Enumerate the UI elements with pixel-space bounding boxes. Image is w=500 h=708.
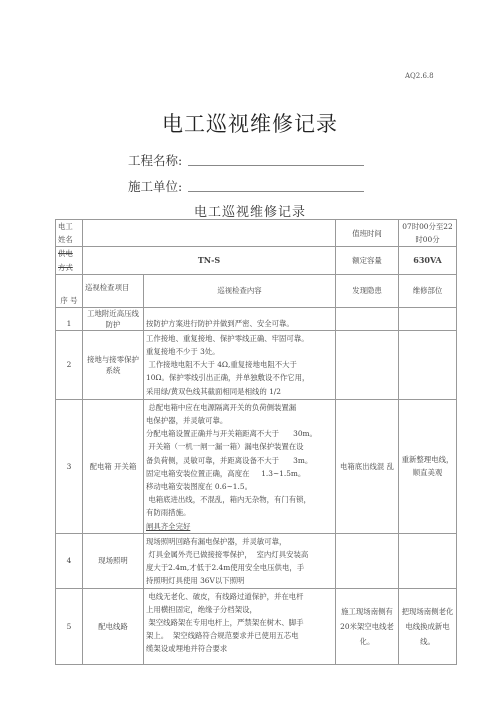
construction-unit-label: 施工单位: — [128, 179, 182, 194]
header-content: 巡视检查内容 — [144, 274, 336, 307]
content-line: 移动电箱安装图度在 0.6~1.5。 — [146, 480, 333, 493]
row-content: 现场照明回路有漏电保护器，并灵敏可靠， 灯具金属外壳已做接接零保护， 室内灯具安… — [144, 533, 336, 588]
content-line: 灯具金属外壳已做接接零保护， 室内灯具安装高 — [146, 548, 333, 561]
row-repair — [399, 330, 457, 399]
content-line: 度大于2.4m,才低于2.4m使用安全电压供电，手 — [146, 561, 333, 574]
row-item: 现场照明 — [83, 533, 144, 588]
power-supply-value: TN-S — [83, 247, 336, 274]
row-item: 配电线路 — [83, 588, 144, 664]
content-line: 固定电箱安装位置正确，高度在 1.3~1.5m。 — [146, 467, 333, 480]
row-seq: 3 — [56, 399, 83, 533]
content-line: 电保护器，并灵敏可靠。 — [146, 414, 333, 427]
project-name-input[interactable] — [188, 165, 364, 166]
table-title: 电工巡视维修记录 — [0, 201, 500, 220]
shift-time-value: 07时00分至22时00分 — [399, 220, 457, 247]
content-line: 缆架设或埋地并符合要求 — [146, 642, 333, 655]
header-hazard: 发现隐患 — [336, 274, 399, 307]
content-line: 工作接地电阻不大于 4Ω,重复接地电阻不大于 — [146, 358, 333, 371]
row-content: 总配电箱中应在电源隔离开关的负荷侧装置漏 电保护器，并灵敏可靠。 分配电箱设置正… — [144, 399, 336, 533]
content-line: 总配电箱中应在电源隔离开关的负荷侧装置漏 — [146, 401, 333, 414]
row-hazard — [336, 330, 399, 399]
row-seq: 2 — [56, 330, 83, 399]
content-line: 电箱底进出线，不混乱，箱内无杂物，有门有锁， — [146, 493, 333, 506]
content-line: 闸具齐全完好 — [146, 520, 333, 533]
content-line: 架上。 架空线路符合规范要求并已使用五芯电 — [146, 629, 333, 642]
table-row: 3 配电箱 开关箱 总配电箱中应在电源隔离开关的负荷侧装置漏 电保护器，并灵敏可… — [56, 399, 457, 533]
row-item: 配电箱 开关箱 — [83, 399, 144, 533]
info-row-power: 供电方式 TN-S 额定容量 630VA — [56, 247, 457, 274]
content-line: 分配电箱设置正确并与开关箱距离不大于 30m。 — [146, 427, 333, 440]
inspection-table: 电工姓名 值班时间 07时00分至22时00分 供电方式 TN-S 额定容量 6… — [55, 219, 457, 665]
rated-capacity-value: 630VA — [399, 247, 457, 274]
content-line: 持照明灯具使用 36V以下照明 — [146, 574, 333, 587]
construction-unit-field: 施工单位: — [128, 177, 182, 195]
table-row: 4 现场照明 现场照明回路有漏电保护器，并灵敏可靠， 灯具金属外壳已做接接零保护… — [56, 533, 457, 588]
construction-unit-input[interactable] — [188, 191, 364, 192]
table-row: 2 接地与接零保护系统 工作接地、重复接地、保护零线正确、牢固可靠。 重复接地不… — [56, 330, 457, 399]
table-row: 5 配电线路 电线无老化、破皮，有线路过道保护，并在电杆 上用横担固定，绝缘子分… — [56, 588, 457, 664]
electrician-value[interactable] — [83, 220, 336, 247]
content-line: 备负荷侧，灵敏可靠，并距离设备不大于 3m。 — [146, 454, 333, 467]
row-content: 工作接地、重复接地、保护零线正确、牢固可靠。 重复接地不少于 3处。 工作接地电… — [144, 330, 336, 399]
header-seq: 序 号 — [56, 274, 83, 307]
content-line: 上用横担固定，绝缘子分档架设， — [146, 603, 333, 616]
power-supply-label: 供电方式 — [56, 247, 83, 274]
row-hazard — [336, 307, 399, 330]
row-repair — [399, 307, 457, 330]
row-seq: 1 — [56, 307, 83, 330]
row-repair: 把现场南侧老化电线换成新电线。 — [399, 588, 457, 664]
document-code: AQ2.6.8 — [405, 72, 434, 80]
project-name-field: 工程名称: — [128, 151, 182, 169]
info-row-electrician: 电工姓名 值班时间 07时00分至22时00分 — [56, 220, 457, 247]
row-content: 电线无老化、破皮，有线路过道保护，并在电杆 上用横担固定，绝缘子分档架设， 架空… — [144, 588, 336, 664]
header-row: 序 号 巡视检查项目 巡视检查内容 发现隐患 维修部位 — [56, 274, 457, 307]
row-seq: 4 — [56, 533, 83, 588]
content-line: 按防护方案进行防护并做到严密、安全可靠。 — [146, 317, 333, 330]
row-hazard: 施工现场南侧有20米架空电线老化。 — [336, 588, 399, 664]
project-name-label: 工程名称: — [128, 153, 182, 168]
content-line: 工作接地、重复接地、保护零线正确、牢固可靠。 — [146, 332, 333, 345]
content-line: 有防雨措施。 — [146, 506, 333, 519]
row-repair — [399, 533, 457, 588]
content-line: 采用绿/黄双色线其截面相同是相线的 1/2 — [146, 385, 333, 398]
header-repair: 维修部位 — [399, 274, 457, 307]
rated-capacity-label: 额定容量 — [336, 247, 399, 274]
row-repair: 重新整理电线，顺直美观 — [399, 399, 457, 533]
header-item: 巡视检查项目 — [83, 274, 144, 307]
content-line: 电线无老化、破皮，有线路过道保护，并在电杆 — [146, 590, 333, 603]
row-item: 接地与接零保护系统 — [83, 330, 144, 399]
row-content: 按防护方案进行防护并做到严密、安全可靠。 — [144, 307, 336, 330]
row-seq: 5 — [56, 588, 83, 664]
content-line: 10Ω。保护零线引出正确，并单独敷设不作它用， — [146, 371, 333, 384]
content-line: 现场照明回路有漏电保护器，并灵敏可靠， — [146, 535, 333, 548]
content-line: 开关箱（一机一闸一漏一箱）漏电保护装置在设 — [146, 440, 333, 453]
content-line: 重复接地不少于 3处。 — [146, 345, 333, 358]
page-title: 电工巡视维修记录 — [0, 108, 500, 138]
electrician-label: 电工姓名 — [56, 220, 83, 247]
content-line: 架空线路架在专用电杆上，严禁架在树木、脚手 — [146, 616, 333, 629]
row-item: 工地附近高压线防护 — [83, 307, 144, 330]
shift-time-label: 值班时间 — [336, 220, 399, 247]
table-row: 1 工地附近高压线防护 按防护方案进行防护并做到严密、安全可靠。 — [56, 307, 457, 330]
row-hazard — [336, 533, 399, 588]
row-hazard: 电箱底出线混 乱 — [336, 399, 399, 533]
